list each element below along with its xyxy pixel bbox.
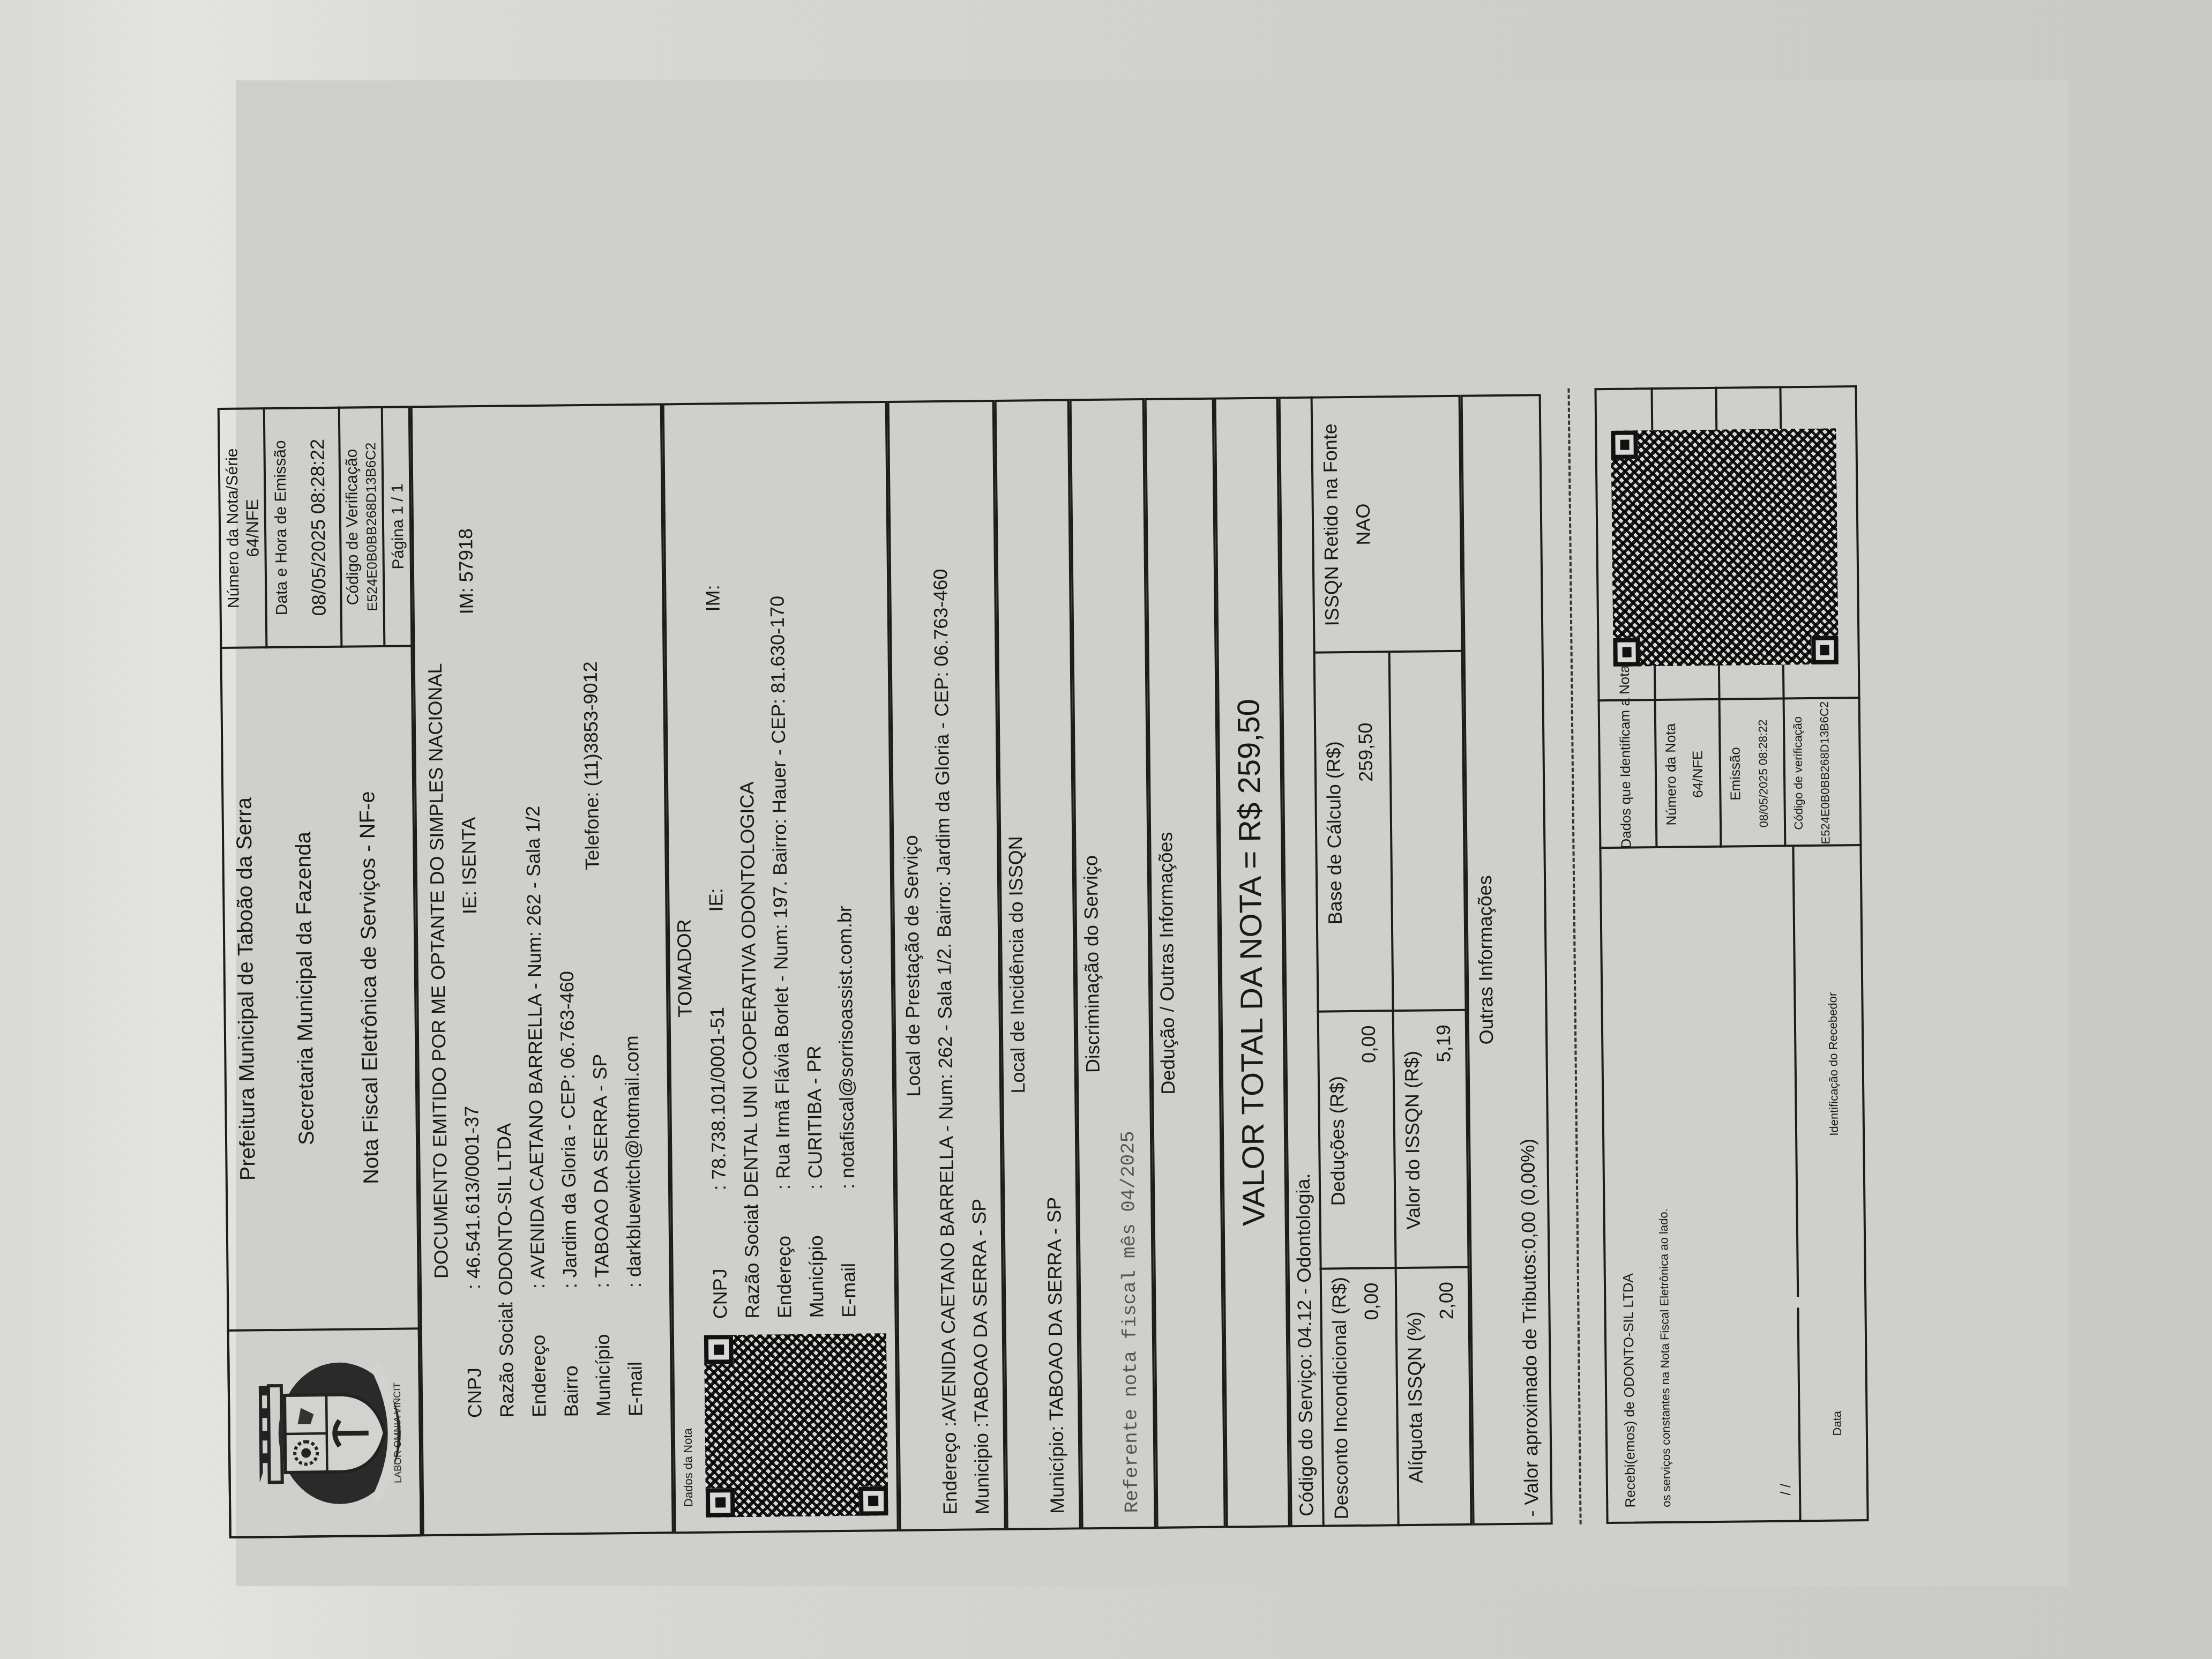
deducoes-value: 0,00: [1357, 1025, 1382, 1269]
data-label: Data: [1830, 1411, 1844, 1436]
coat-of-arms-box: LABOR OMNIA VINCIT: [227, 1327, 422, 1538]
aliquota-value: 2,00: [1435, 1282, 1460, 1526]
tomador-municipio-label: Município: [805, 1235, 828, 1318]
valor-iss-value: 5,19: [1432, 1025, 1458, 1268]
prestador-email: : darkbluewitch@hotmail.com: [621, 1035, 646, 1288]
prestador-razao-label: Razão Social: [495, 1304, 518, 1418]
desconto-value: 0,00: [1360, 1282, 1385, 1526]
data-slashes: / /: [1777, 1484, 1794, 1496]
cut-line: [1567, 388, 1581, 1525]
svg-text:LABOR OMNIA VINCIT: LABOR OMNIA VINCIT: [392, 1382, 403, 1483]
prestador-bairro: : Jardim da Gloria - CEP: 06.763-460: [556, 971, 581, 1289]
numero-label: Número da Nota/Série: [223, 408, 244, 649]
prestador-bairro-label: Bairro: [559, 1365, 582, 1417]
qr-label: Dados da Nota: [681, 1428, 696, 1507]
emissao-label: Data e Hora de Emissão: [271, 407, 292, 648]
valor-iss-label: Valor do ISSQN (R$): [1400, 1012, 1425, 1269]
desconto-label: Desconto Incondicional (R$): [1328, 1269, 1353, 1527]
prestador-cnpj: : 46.541.613/0001-37: [460, 1106, 485, 1290]
deducoes-label: Deduções (R$): [1325, 1012, 1350, 1269]
prestador-endereco-label: Endereço: [527, 1335, 551, 1418]
tomador-ie: IE:: [705, 888, 727, 911]
aliquota-label: Alíquota ISSQN (%): [1403, 1269, 1428, 1526]
prestador-im: IM: 57918: [454, 528, 478, 615]
prestador-ie: IE: ISENTA: [458, 817, 481, 915]
stub-numero-label: Número da Nota: [1662, 701, 1680, 848]
stub-codigo-value: E524E0B0BB268D13B6C2: [1818, 699, 1833, 847]
tomador-qr-code: [704, 1333, 888, 1518]
prestador-cnpj-label: CNPJ: [463, 1367, 486, 1418]
prestador-municipio-label: Município: [592, 1334, 615, 1417]
tomador-razao: : DENTAL UNI COOPERATIVA ODONTOLOGICA: [736, 781, 763, 1208]
tomador-im: IM:: [701, 585, 724, 611]
page-indicator: Página 1 / 1: [388, 406, 409, 647]
coat-of-arms-icon: LABOR OMNIA VINCIT: [245, 1352, 408, 1515]
stub-numero-value: 64/NFE: [1689, 700, 1707, 848]
tomador-endereco-label: Endereço: [773, 1236, 796, 1319]
dados-nota-title: Dados que Identificam a Nota-1: [1617, 701, 1635, 848]
prestador-razao: : ODONTO-SIL LTDA: [493, 1123, 518, 1306]
base-calculo-label: Base de Cálculo (R$): [1321, 653, 1348, 1012]
tomador-municipio: : CURITIBA - PR: [803, 1045, 827, 1189]
base-calculo-value: 259,50: [1354, 722, 1380, 1012]
stub-qr-code: [1611, 428, 1839, 666]
tomador-cnpj-label: CNPJ: [709, 1268, 732, 1319]
codigo-label: Código de Verificação: [342, 406, 363, 647]
emissao-value: 08/05/2025 08:28:22: [306, 407, 331, 648]
prestador-email-label: E-mail: [624, 1362, 647, 1416]
iss-retido-label: ISSQN Retido na Fonte: [1319, 396, 1344, 653]
prestador-municipio: : TABOAO DA SERRA - SP: [588, 1054, 614, 1288]
discriminacao-text: Referente nota fiscal mês 04/2025: [1117, 1131, 1143, 1513]
identificacao-label: Identificação do Recebedor: [1826, 992, 1841, 1136]
stub-emissao-label: Emissão: [1727, 700, 1745, 847]
stub-emissao-value: 08/05/2025 08:28:22: [1756, 700, 1772, 847]
local-incidencia-municipio: Município: TABOAO DA SERRA - SP: [1043, 1197, 1068, 1514]
tomador-cnpj: : 78.738.101/0001-51: [706, 1007, 730, 1191]
iss-retido-value: NAO: [1351, 396, 1376, 653]
prestador-telefone: Telefone: (11)3853-9012: [579, 661, 604, 870]
codigo-value: E524E0B0BB268D13B6C2: [362, 406, 382, 647]
codigo-servico: Código do Serviço: 04.12 - Odontologia.: [1292, 1173, 1318, 1516]
local-prestacao-municipio: Municipio :TABOAO DA SERRA - SP: [968, 1199, 993, 1515]
recebi-text: Recebi(emos) de ODONTO-SIL LTDA: [1620, 1273, 1639, 1508]
numero-value: 64/NFE: [242, 407, 264, 648]
tomador-email: : notafiscal@sorrisoassist.com.br: [834, 906, 860, 1189]
nfse-document: LABOR OMNIA VINCIT Prefeitura Municipal …: [182, 94, 2008, 1560]
tomador-razao-label: Razão Social: [740, 1205, 764, 1319]
stub-codigo-label: Código de verificação: [1791, 699, 1806, 847]
tomador-email-label: E-mail: [837, 1263, 860, 1318]
tributos-text: - Valor aproximado de Tributos:0,00 (0,0…: [1516, 1139, 1543, 1517]
